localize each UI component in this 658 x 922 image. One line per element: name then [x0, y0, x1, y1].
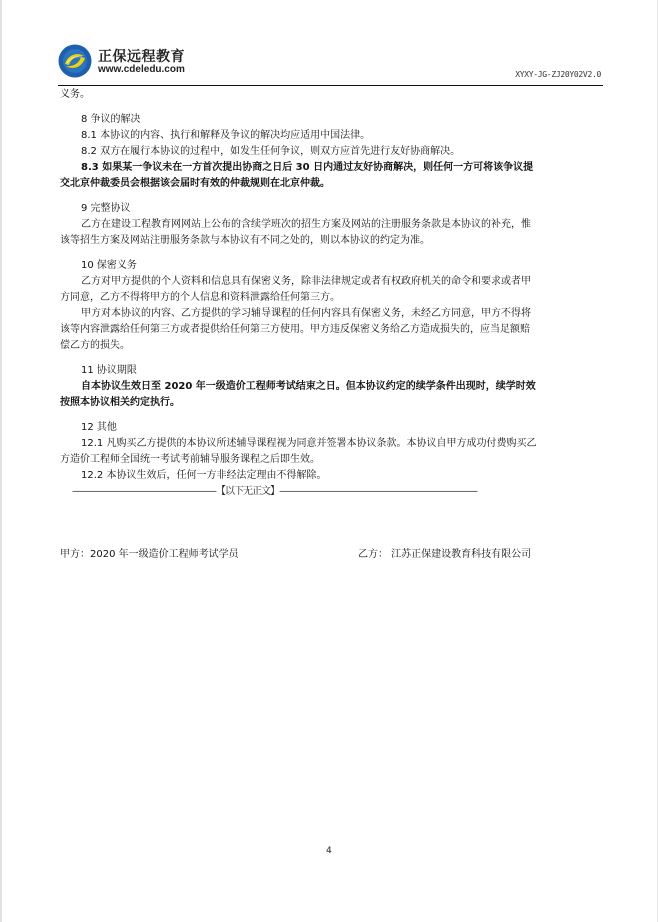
paragraph-line: 该等招生方案及网站注册服务条款与本协议有不同之处的，则以本协议的约定为准。 [60, 233, 604, 249]
paragraph-line: 按照本协议相关约定执行。 [60, 395, 604, 411]
section-miscellaneous: 12 其他 12.1 凡购买乙方提供的本协议所述辅导课程视为同意并签署本协议条款… [60, 420, 604, 484]
section-heading: 8 争议的解决 [60, 112, 604, 128]
paragraph-line: 偿乙方的损失。 [60, 338, 604, 354]
document-header: 正保远程教育 www.cdeledu.com XYXY-JG-ZJ20Y02V2… [58, 42, 603, 86]
section-entire-agreement: 9 完整协议 乙方在建设工程教育网网站上公布的含续学班次的招生方案及网站的注册服… [60, 201, 604, 249]
paragraph-line: 乙方对甲方提供的个人资料和信息具有保密义务，除非法律规定或者有权政府机关的命令和… [60, 274, 604, 290]
clause-8-1: 8.1 本协议的内容、执行和解释及争议的解决均应适用中国法律。 [60, 128, 604, 144]
clause-12-1-line-2: 方造价工程师全国统一考试考前辅导服务课程之后即生效。 [60, 452, 604, 468]
paragraph-line: 甲方对本协议的内容、乙方提供的学习辅导课程的任何内容具有保密义务，未经乙方同意，… [60, 306, 604, 322]
document-code: XYXY-JG-ZJ20Y02V2.0 [515, 70, 601, 79]
page-edge-left [0, 0, 2, 922]
clause-12-1-line-1: 12.1 凡购买乙方提供的本协议所述辅导课程视为同意并签署本协议条款。本协议自甲… [60, 436, 604, 452]
section-term: 11 协议期限 自本协议生效日至 2020 年一级造价工程师考试结束之日。但本协… [60, 363, 604, 411]
document-body: 义务。 8 争议的解决 8.1 本协议的内容、执行和解释及争议的解决均应适用中国… [60, 87, 604, 500]
section-confidentiality: 10 保密义务 乙方对甲方提供的个人资料和信息具有保密义务，除非法律规定或者有权… [60, 258, 604, 354]
paragraph-line: 方同意，乙方不得将甲方的个人信息和资料泄露给任何第三方。 [60, 290, 604, 306]
paragraph-line: 自本协议生效日至 2020 年一级造价工程师考试结束之日。但本协议约定的续学条件… [60, 379, 604, 395]
cdeledu-logo-icon [58, 44, 92, 78]
brand-name: 正保远程教育 [98, 46, 185, 66]
clause-8-3-line-1: 8.3 如果某一争议未在一方首次提出协商之日后 30 日内通过友好协商解决，则任… [60, 160, 604, 176]
carry-over-text: 义务。 [60, 87, 604, 103]
section-dispute-resolution: 8 争议的解决 8.1 本协议的内容、执行和解释及争议的解决均应适用中国法律。 … [60, 112, 604, 192]
paragraph-line: 该等内容泄露给任何第三方或者提供给任何第三方使用。甲方违反保密义务给乙方造成损失… [60, 322, 604, 338]
section-heading: 10 保密义务 [60, 258, 604, 274]
section-heading: 9 完整协议 [60, 201, 604, 217]
paragraph-line: 乙方在建设工程教育网网站上公布的含续学班次的招生方案及网站的注册服务条款是本协议… [60, 217, 604, 233]
party-b-signature: 乙方： 江苏正保建设教育科技有限公司 [358, 545, 531, 560]
section-heading: 12 其他 [60, 420, 604, 436]
clause-8-3-line-2: 交北京仲裁委员会根据该会届时有效的仲裁规则在北京仲裁。 [60, 176, 604, 192]
section-heading: 11 协议期限 [60, 363, 604, 379]
brand-url: www.cdeledu.com [98, 64, 185, 75]
page-number: 4 [326, 846, 332, 856]
header-rule [58, 85, 603, 86]
clause-12-2: 12.2 本协议生效后，任何一方非经法定理由不得解除。 [60, 468, 604, 484]
end-of-text-marker: ————————————————【以下无正文】—————————————————… [60, 484, 604, 500]
clause-8-2: 8.2 双方在履行本协议的过程中，如发生任何争议，则双方应首先进行友好协商解决。 [60, 144, 604, 160]
party-a-signature: 甲方：2020 年一级造价工程师考试学员 [60, 545, 239, 560]
